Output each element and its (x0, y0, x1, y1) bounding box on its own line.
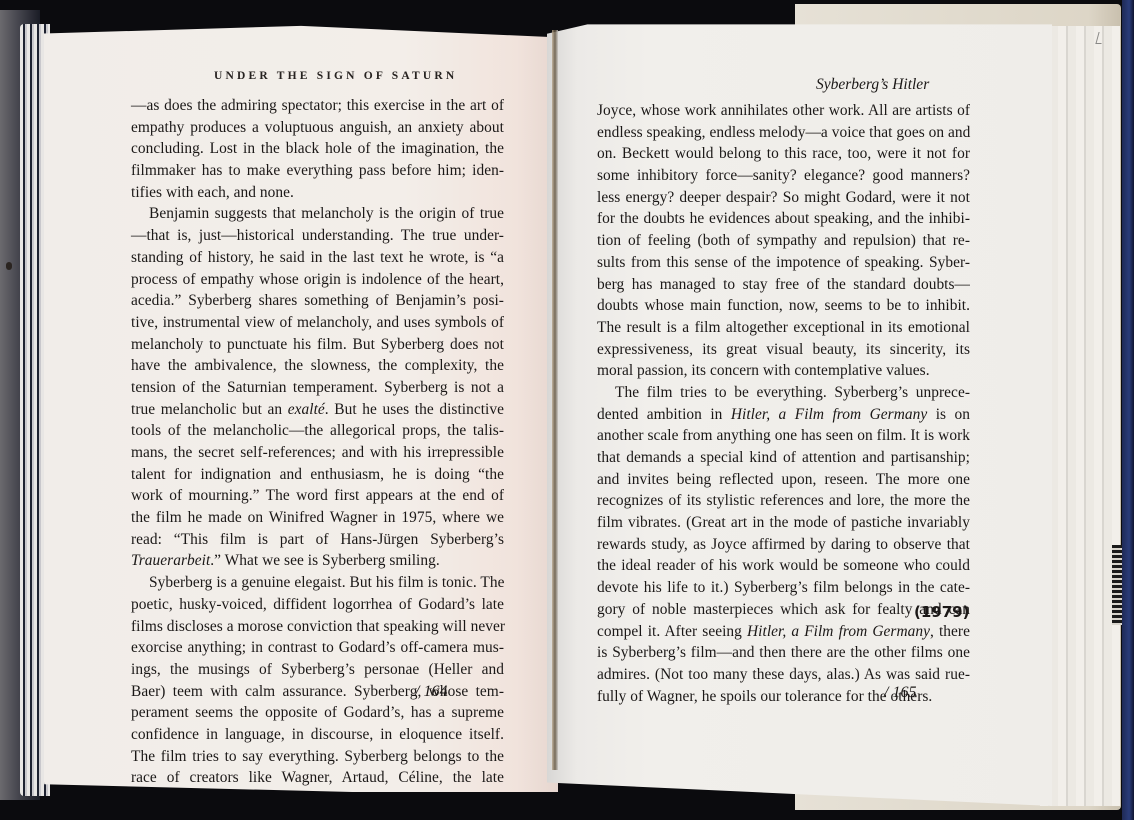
text-line: poetic, husky-voiced, diffident logorrhe… (131, 594, 504, 616)
text-line: mans, the secret self-references; and wi… (131, 442, 504, 464)
essay-date: (1979) (914, 603, 969, 621)
text-line: process of empathy whose origin is indol… (131, 269, 504, 291)
text-line: the film he made on Winifred Wagner in 1… (131, 507, 504, 529)
text-line: film vibrates. (Great art in the mode of… (597, 512, 970, 534)
background-surface-right (1122, 0, 1134, 820)
text-line: that demands a special kind of attention… (597, 447, 970, 469)
text-line: dented ambition in Hitler, a Film from G… (597, 404, 970, 426)
text-line: doubts whose main function, now, seems t… (597, 295, 970, 317)
text-line: recognizes of its stylistic references a… (597, 490, 970, 512)
text-line: have the ambivalence, the slowness, the … (131, 355, 504, 377)
text-line: Joyce, whose work annihilates other work… (597, 100, 970, 122)
page-number-right: / 165 (884, 684, 916, 702)
text-line: concluding. Lost in the black hole of th… (131, 138, 504, 160)
text-line: race of creators like Wagner, Artaud, Cé… (131, 767, 504, 789)
text-line: films discloses a morose conviction that… (131, 616, 504, 638)
text-line: The film tries to say everything. Syberb… (131, 746, 504, 768)
text-line: The result is a film altogether exceptio… (597, 317, 970, 339)
text-line: less energy? deeper despair? So might Go… (597, 187, 970, 209)
text-line: Syberberg is a genuine elegaist. But his… (131, 572, 504, 594)
text-line: Benjamin suggests that melancholy is the… (131, 203, 504, 225)
text-line: for the doubts he evidences about speaki… (597, 208, 970, 230)
text-line: filmmaker has to make everything pass be… (131, 160, 504, 182)
text-line: some inhibitory force—sanity? elegance? … (597, 165, 970, 187)
text-line: sults from this sense of the impotence o… (597, 252, 970, 274)
text-line: talent for indignation and enthusiasm, h… (131, 464, 504, 486)
page-edge-stamp (1112, 545, 1122, 625)
text-line: —as does the admiring spectator; this ex… (131, 95, 504, 117)
text-line: the ideal reader of his work would be so… (597, 555, 970, 577)
text-line: expressiveness, its great visual beauty,… (597, 339, 970, 361)
text-line: devote his life to it.) Syberberg’s film… (597, 577, 970, 599)
text-line: compel it. After seeing Hitler, a Film f… (597, 621, 970, 643)
left-page-body: —as does the admiring spectator; this ex… (131, 95, 504, 789)
text-line: The film tries to be everything. Syberbe… (597, 382, 970, 404)
text-line: on. Beckett would belong to this race, t… (597, 143, 970, 165)
text-line: ings, the musings of Syberberg’s persona… (131, 659, 504, 681)
text-line: true melancholic but an exalté. But he u… (131, 399, 504, 421)
text-line: work of mourning.” The word first appear… (131, 485, 504, 507)
text-line: and invites being reflected upon, reseen… (597, 469, 970, 491)
text-line: Trauerarbeit.” What we see is Syberberg … (131, 550, 504, 572)
text-line: admires. (Not too many these days, alas.… (597, 664, 970, 686)
text-line: melancholy to punctuate his film. But Sy… (131, 334, 504, 356)
text-line: endless speaking, endless melody—a voice… (597, 122, 970, 144)
text-line: Baer) teem with calm assurance. Syberber… (131, 681, 504, 703)
text-line: acedia.” Syberberg shares something of B… (131, 290, 504, 312)
book-photo-scene: UNDER THE SIGN OF SATURN Syberberg’s Hit… (0, 0, 1134, 820)
text-line: tive, instrumental view of melancholy, a… (131, 312, 504, 334)
text-line: tifies with each, and none. (131, 182, 504, 204)
page-stack-right (1040, 26, 1120, 806)
text-line: confidence in language, in discourse, in… (131, 724, 504, 746)
text-line: berg has managed to stay free of the sta… (597, 274, 970, 296)
page-number-left: / 164 (415, 683, 447, 701)
binding-dot (6, 262, 12, 270)
text-line: —that is, just—historical understanding.… (131, 225, 504, 247)
book-gutter (552, 30, 558, 770)
text-line: standing of history, he said in the last… (131, 247, 504, 269)
text-line: perament seems the opposite of Godard’s,… (131, 702, 504, 724)
text-line: tension of the Saturnian temperament. Sy… (131, 377, 504, 399)
text-line: tools of the melancholic—the allegorical… (131, 420, 504, 442)
text-line: moral passion, its concern with contempl… (597, 360, 970, 382)
text-line: read: “This film is part of Hans-Jürgen … (131, 529, 504, 551)
text-line: is Syberberg’s film—and then there are t… (597, 642, 970, 664)
text-line: rewards study, as Joyce affirmed by dari… (597, 534, 970, 556)
text-line: another scale from anything one has seen… (597, 425, 970, 447)
running-head-left: UNDER THE SIGN OF SATURN (214, 70, 457, 82)
text-line: tion of feeling (both of sympathy and re… (597, 230, 970, 252)
text-line: exorcise anything; in contrast to Godard… (131, 637, 504, 659)
text-line: empathy produces a voluptuous anguish, a… (131, 117, 504, 139)
running-head-right: Syberberg’s Hitler (816, 76, 929, 94)
